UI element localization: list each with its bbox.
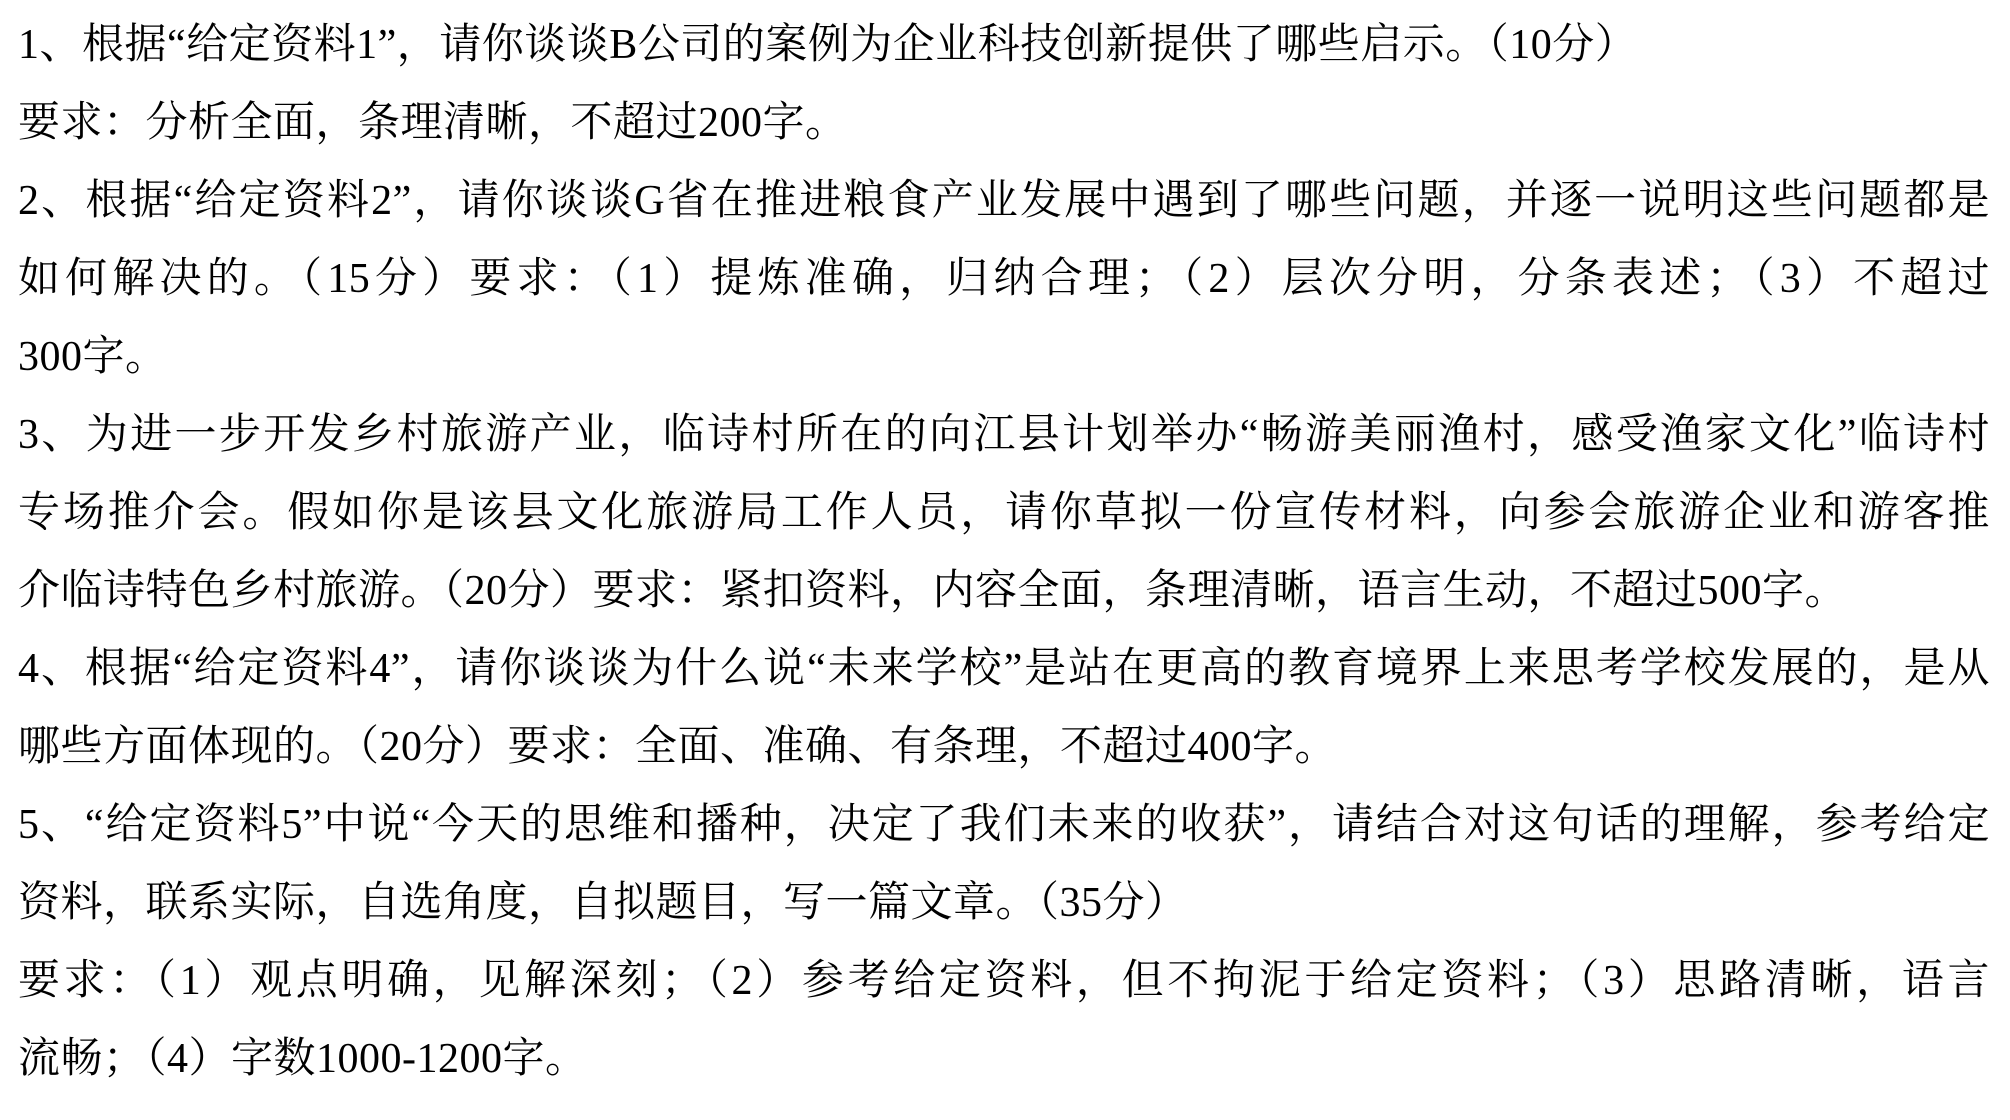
doc-line-11-question-5: 5、“给定资料5”中说“今天的思维和播种，决定了我们未来的收获”，请结合对这句话… (18, 786, 1990, 864)
doc-line-7-question-3-cont: 专场推介会。假如你是该县文化旅游局工作人员，请你草拟一份宣传材料，向参会旅游企业… (18, 474, 1990, 552)
doc-line-3-question-2: 2、根据“给定资料2”，请你谈谈G省在推进粮食产业发展中遇到了哪些问题，并逐一说… (18, 162, 1990, 240)
document-page: 1、根据“给定资料1”，请你谈谈B公司的案例为企业科技创新提供了哪些启示。（10… (0, 0, 2010, 1120)
doc-line-8-question-3-requirements: 介临诗特色乡村旅游。（20分）要求：紧扣资料，内容全面，条理清晰，语言生动，不超… (18, 552, 1990, 630)
doc-line-14-question-5-wordcount: 流畅；（4）字数1000-1200字。 (18, 1020, 1990, 1098)
doc-line-12-question-5-cont: 资料，联系实际，自选角度，自拟题目，写一篇文章。（35分） (18, 864, 1990, 942)
doc-line-6-question-3: 3、为进一步开发乡村旅游产业，临诗村所在的向江县计划举办“畅游美丽渔村，感受渔家… (18, 396, 1990, 474)
doc-line-9-question-4: 4、根据“给定资料4”，请你谈谈为什么说“未来学校”是站在更高的教育境界上来思考… (18, 630, 1990, 708)
doc-line-10-question-4-requirements: 哪些方面体现的。（20分）要求：全面、准确、有条理，不超过400字。 (18, 708, 1990, 786)
doc-line-13-question-5-requirements: 要求：（1）观点明确，见解深刻；（2）参考给定资料，但不拘泥于给定资料；（3）思… (18, 942, 1990, 1020)
doc-line-5-question-2-limit: 300字。 (18, 318, 1990, 396)
doc-line-4-question-2-requirements: 如何解决的。（15分）要求：（1）提炼准确，归纳合理；（2）层次分明，分条表述；… (18, 240, 1990, 318)
doc-line-1-question-1: 1、根据“给定资料1”，请你谈谈B公司的案例为企业科技创新提供了哪些启示。（10… (18, 6, 1990, 84)
doc-line-2-question-1-requirements: 要求：分析全面，条理清晰，不超过200字。 (18, 84, 1990, 162)
